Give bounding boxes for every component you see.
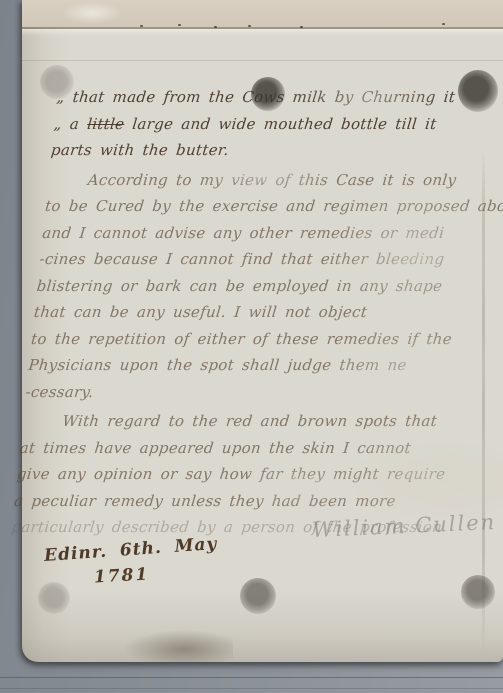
letter-page: „ that made from the Cows milk by Churni…	[22, 0, 503, 662]
manuscript-line: to be Cured by the exercise and regimen …	[44, 193, 465, 220]
line-segment: „ a	[53, 115, 88, 133]
paper-speck	[140, 25, 143, 27]
manuscript-line: a peculiar remedy unless they had been m…	[13, 488, 434, 515]
line-segment: large and wide mouthed bottle till it	[123, 115, 437, 133]
manuscript-line: „ a little large and wide mouthed bottle…	[52, 111, 473, 138]
paper-speck	[214, 26, 217, 28]
ink-blot	[458, 70, 498, 112]
ink-blot	[240, 578, 276, 614]
letter-body: „ that made from the Cows milk by Churni…	[10, 84, 476, 541]
fold-crease	[22, 60, 503, 61]
manuscript-line: blistering or bark can be employed in an…	[35, 273, 456, 300]
manuscript-line: Physicians upon the spot shall judge the…	[27, 352, 448, 379]
ink-blot	[38, 582, 70, 614]
paper-speck	[248, 25, 251, 27]
manuscript-line: With regard to the red and brown spots t…	[21, 408, 442, 435]
manuscript-line: According to my view of this Case it is …	[47, 167, 468, 194]
paper-speck	[178, 24, 181, 26]
paragraph: According to my view of this Case it is …	[24, 167, 467, 406]
manuscript-line: -cines because I cannot find that either…	[38, 246, 459, 273]
soot-smudge	[125, 630, 233, 662]
paper-highlight	[62, 2, 122, 24]
manuscript-line: at times have appeared upon the skin I c…	[18, 435, 439, 462]
ink-blot	[461, 575, 495, 609]
manuscript-photo: „ that made from the Cows milk by Churni…	[0, 0, 503, 693]
paper-speck	[300, 26, 303, 28]
manuscript-line: to the repetition of either of these rem…	[30, 326, 451, 353]
manuscript-line: give any opinion or say how far they mig…	[16, 461, 437, 488]
mount-board-seam	[0, 677, 503, 678]
dateline-year: 1781	[94, 565, 150, 588]
manuscript-line: that can be any useful. I will not objec…	[33, 299, 454, 326]
paper-speck	[442, 23, 445, 25]
ink-blot	[251, 77, 285, 111]
manuscript-line: and I cannot advise any other remedies o…	[41, 220, 462, 247]
manuscript-line: -cessary.	[24, 379, 445, 406]
manuscript-line: parts with the butter.	[50, 137, 471, 164]
ink-blot	[40, 65, 74, 99]
struck-word: little	[86, 115, 125, 133]
mount-board-seam	[0, 688, 503, 689]
fold-crease-highlight	[22, 29, 503, 36]
